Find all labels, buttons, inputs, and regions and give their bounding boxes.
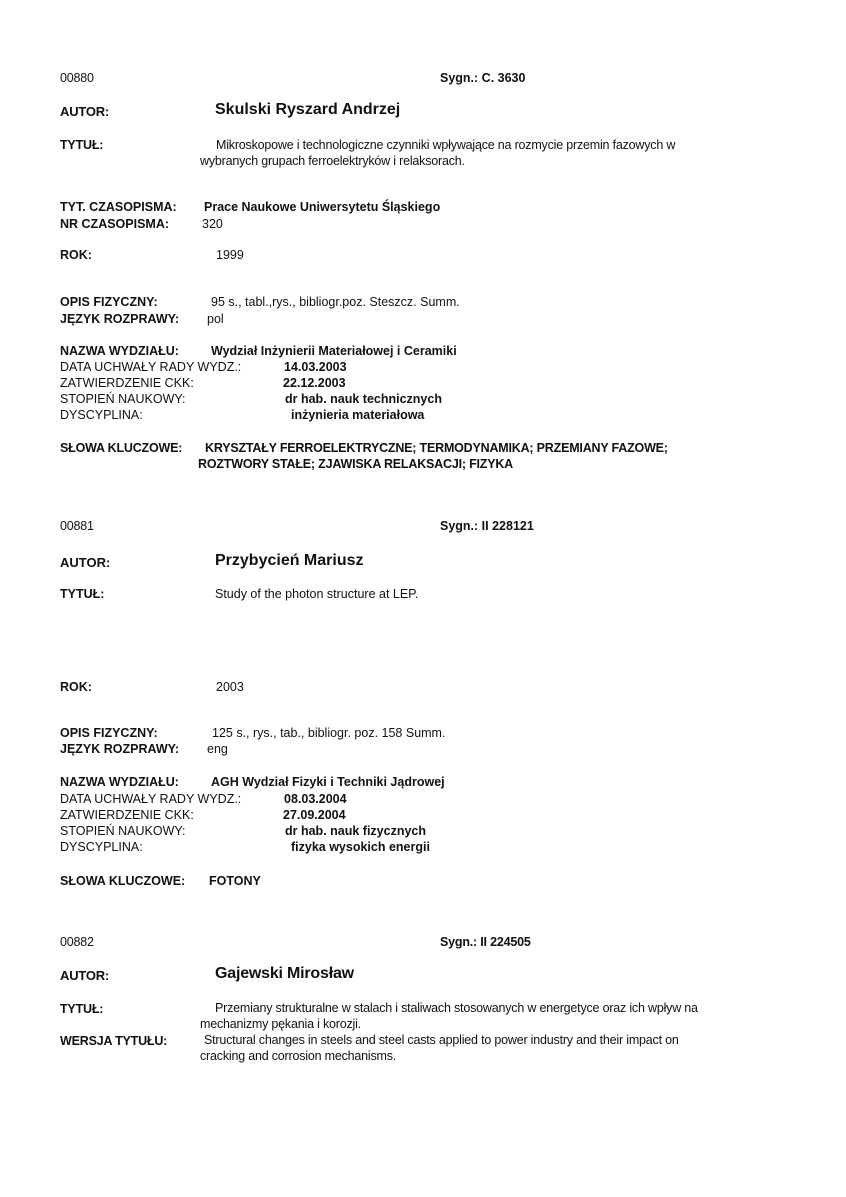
ckk-approval-label: ZATWIERDZENIE CKK: xyxy=(60,376,194,390)
keywords-line-2: ROZTWORY STAŁE; ZJAWISKA RELAKSACJI; FIZ… xyxy=(198,457,513,471)
journal-title-label: TYT. CZASOPISMA: xyxy=(60,200,177,214)
title-version-label: WERSJA TYTUŁU: xyxy=(60,1034,167,1048)
call-number: Sygn.: II 228121 xyxy=(440,519,534,533)
resolution-date-label: DATA UCHWAŁY RADY WYDZ.: xyxy=(60,792,241,806)
keywords: FOTONY xyxy=(209,874,261,888)
physical-description-label: OPIS FIZYCZNY: xyxy=(60,295,158,309)
journal-title: Prace Naukowe Uniwersytetu Śląskiego xyxy=(204,200,440,214)
title: Study of the photon structure at LEP. xyxy=(215,587,418,601)
title-version-line-1: Structural changes in steels and steel c… xyxy=(204,1033,679,1047)
call-number: Sygn.: C. 3630 xyxy=(440,71,525,85)
resolution-date: 14.03.2003 xyxy=(284,360,347,374)
discipline: inżynieria materiałowa xyxy=(291,408,424,422)
ckk-approval: 22.12.2003 xyxy=(283,376,346,390)
title-label: TYTUŁ: xyxy=(60,587,104,601)
degree: dr hab. nauk fizycznych xyxy=(285,824,426,838)
author-name: Przybycień Mariusz xyxy=(215,552,364,570)
title-line-1: Przemiany strukturalne w stalach i stali… xyxy=(215,1001,698,1015)
year: 2003 xyxy=(216,680,244,694)
author-label: AUTOR: xyxy=(60,555,110,570)
title-line-2: mechanizmy pękania i korozji. xyxy=(200,1017,361,1031)
journal-number: 320 xyxy=(202,217,223,231)
physical-description-label: OPIS FIZYCZNY: xyxy=(60,726,158,740)
year: 1999 xyxy=(216,248,244,262)
physical-description: 95 s., tabl.,rys., bibliogr.poz. Steszcz… xyxy=(211,295,460,309)
faculty-label: NAZWA WYDZIAŁU: xyxy=(60,344,179,358)
title-label: TYTUŁ: xyxy=(60,138,103,152)
ckk-approval: 27.09.2004 xyxy=(283,808,346,822)
title-label: TYTUŁ: xyxy=(60,1002,103,1016)
language-label: JĘZYK ROZPRAWY: xyxy=(60,742,179,756)
journal-number-label: NR CZASOPISMA: xyxy=(60,217,169,231)
author-label: AUTOR: xyxy=(60,968,109,983)
discipline: fizyka wysokich energii xyxy=(291,840,430,854)
degree: dr hab. nauk technicznych xyxy=(285,392,442,406)
physical-description: 125 s., rys., tab., bibliogr. poz. 158 S… xyxy=(212,726,445,740)
faculty: AGH Wydział Fizyki i Techniki Jądrowej xyxy=(211,775,445,789)
faculty: Wydział Inżynierii Materiałowej i Cerami… xyxy=(211,344,457,358)
discipline-label: DYSCYPLINA: xyxy=(60,840,143,854)
keywords-label: SŁOWA KLUCZOWE: xyxy=(60,874,185,888)
title-version-line-2: cracking and corrosion mechanisms. xyxy=(200,1049,396,1063)
faculty-label: NAZWA WYDZIAŁU: xyxy=(60,775,179,789)
resolution-date: 08.03.2004 xyxy=(284,792,347,806)
record-number: 00882 xyxy=(60,935,94,949)
ckk-approval-label: ZATWIERDZENIE CKK: xyxy=(60,808,194,822)
language-label: JĘZYK ROZPRAWY: xyxy=(60,312,179,326)
title-line-1: Mikroskopowe i technologiczne czynniki w… xyxy=(216,138,675,152)
author-name: Skulski Ryszard Andrzej xyxy=(215,101,400,119)
call-number: Sygn.: II 224505 xyxy=(440,935,531,949)
record-number: 00881 xyxy=(60,519,94,533)
resolution-date-label: DATA UCHWAŁY RADY WYDZ.: xyxy=(60,360,241,374)
author-label: AUTOR: xyxy=(60,104,109,119)
keywords-label: SŁOWA KLUCZOWE: xyxy=(60,441,182,455)
discipline-label: DYSCYPLINA: xyxy=(60,408,143,422)
language: eng xyxy=(207,742,228,756)
title-line-2: wybranych grupach ferroelektryków i rela… xyxy=(200,154,465,168)
degree-label: STOPIEŃ NAUKOWY: xyxy=(60,824,186,838)
year-label: ROK: xyxy=(60,680,92,694)
record-number: 00880 xyxy=(60,71,94,85)
degree-label: STOPIEŃ NAUKOWY: xyxy=(60,392,186,406)
keywords-line-1: KRYSZTAŁY FERROELEKTRYCZNE; TERMODYNAMIK… xyxy=(205,441,668,455)
language: pol xyxy=(207,312,224,326)
year-label: ROK: xyxy=(60,248,92,262)
author-name: Gajewski Mirosław xyxy=(215,965,354,983)
